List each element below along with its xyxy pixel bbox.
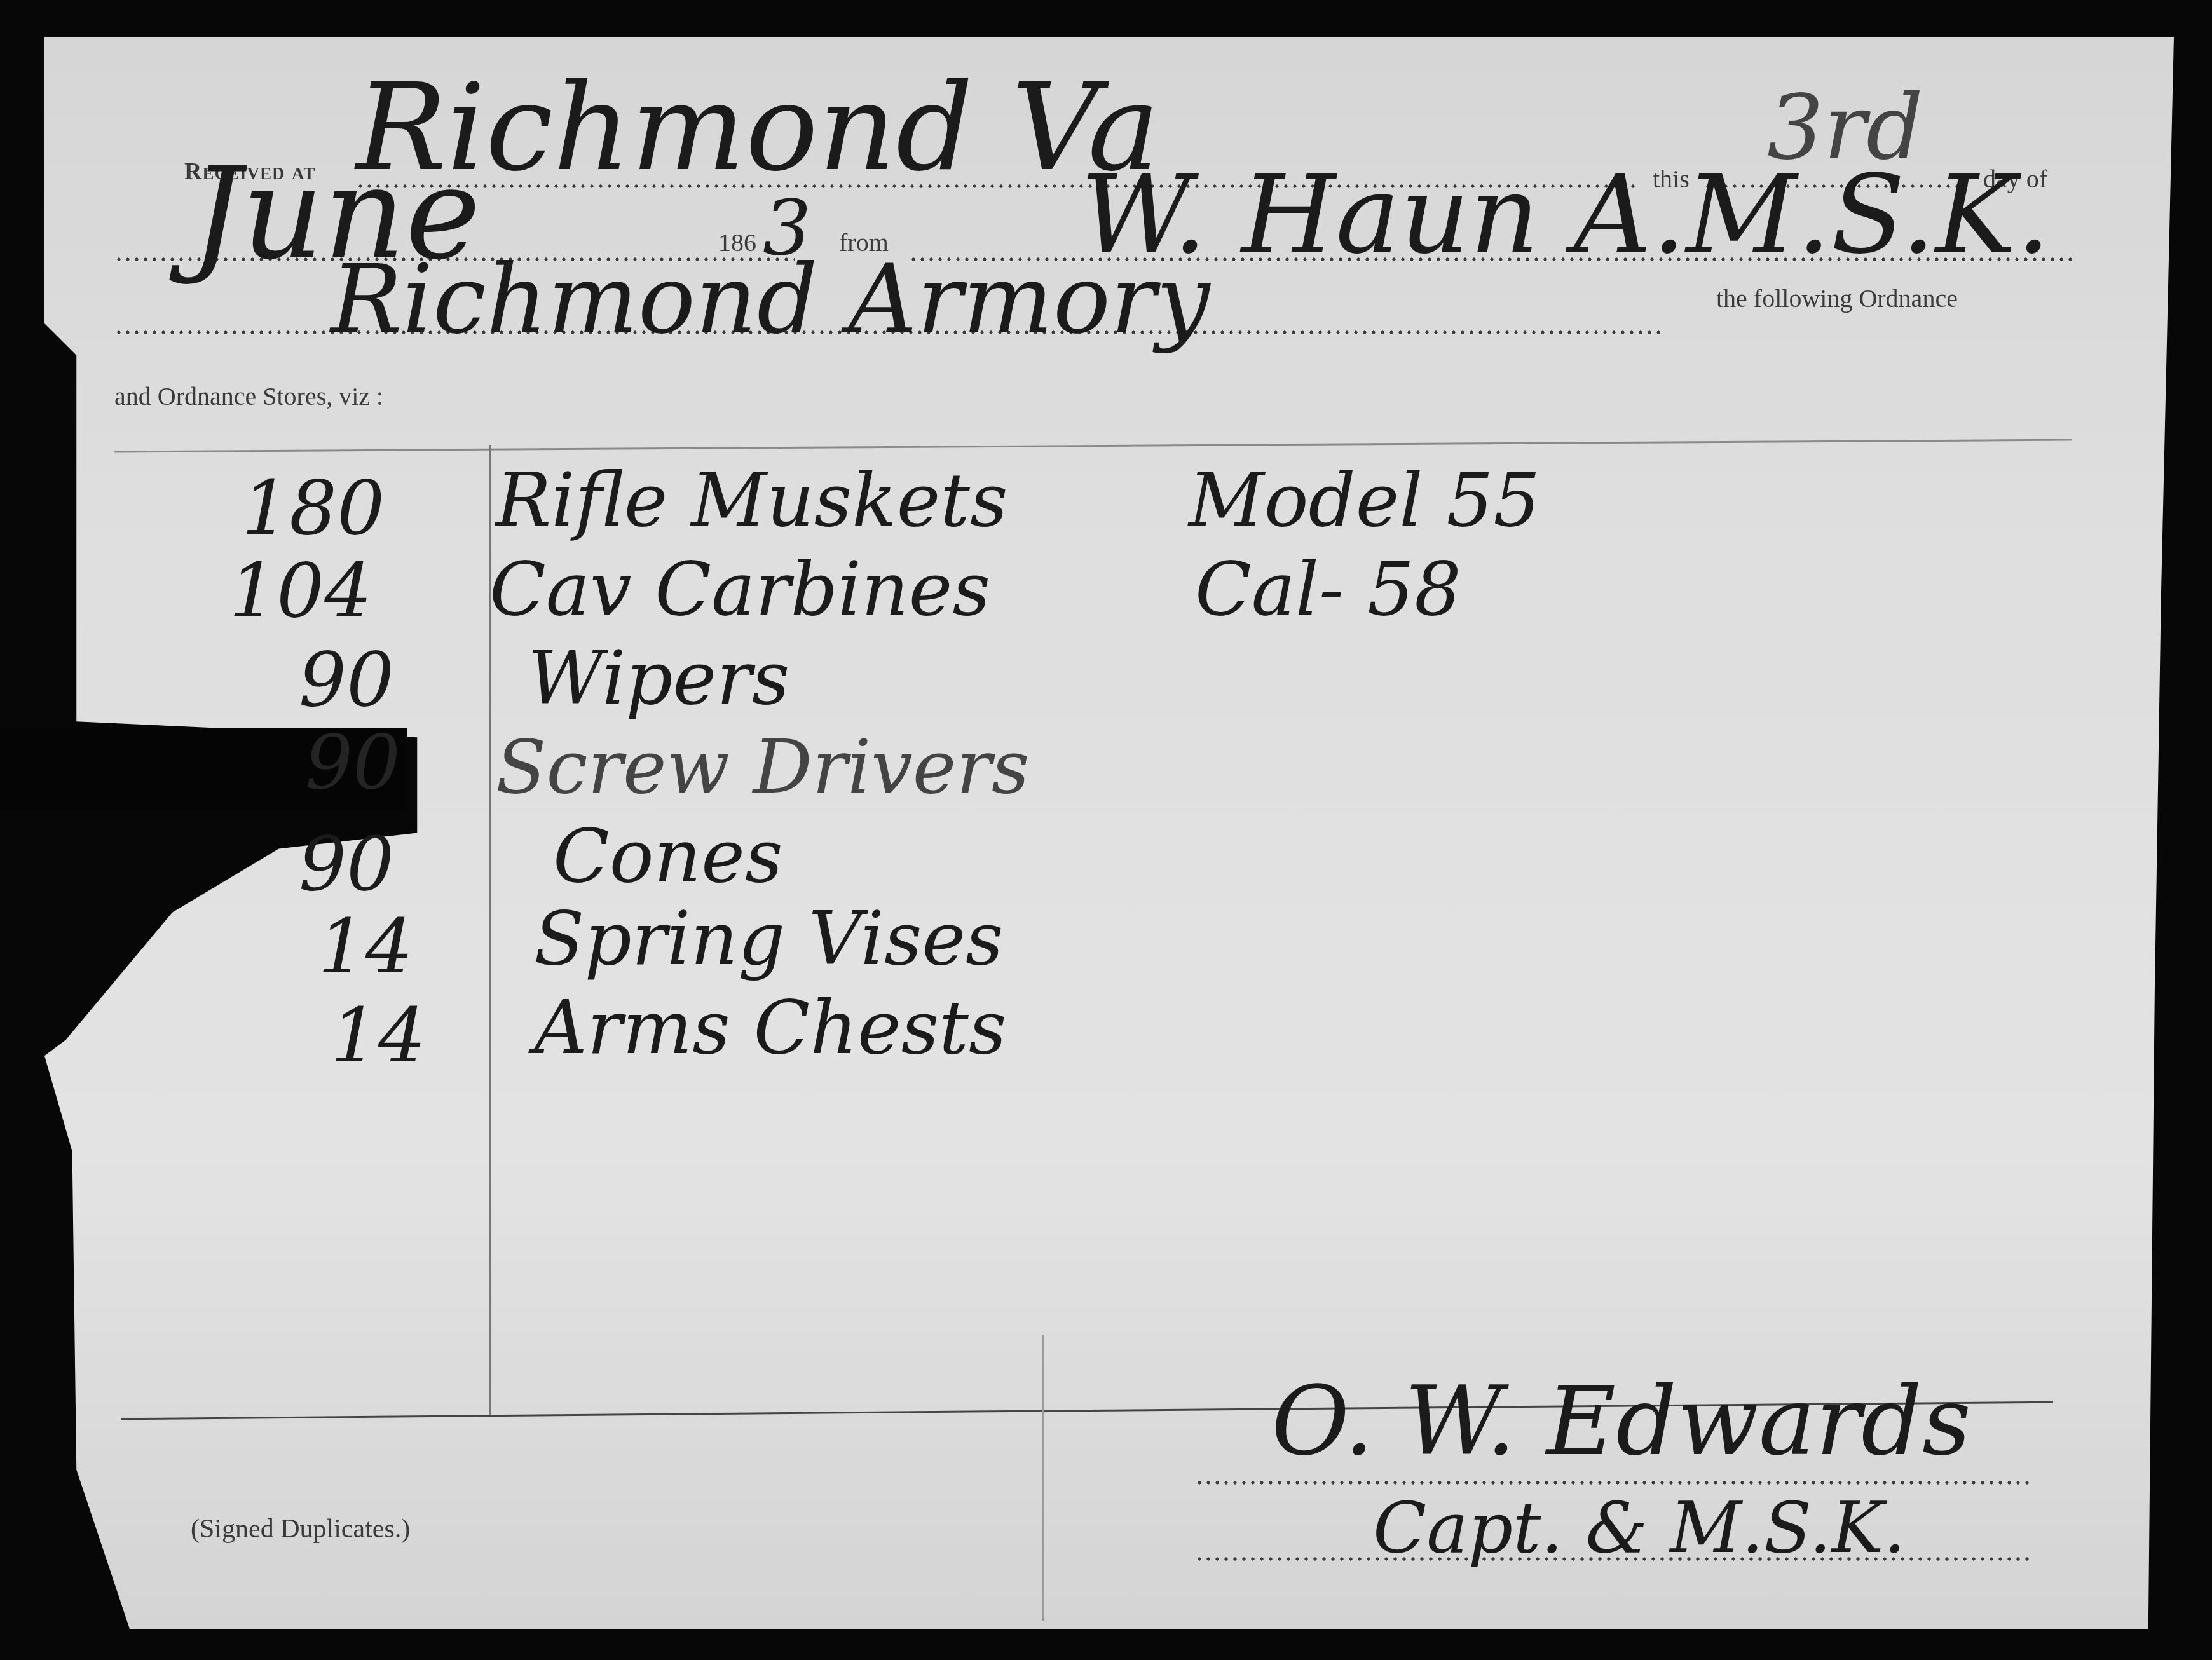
signature-title: Capt. & M.S.K.	[1373, 1487, 1906, 1568]
signature-line	[1195, 1481, 2034, 1485]
item-description: Wipers	[528, 636, 789, 721]
handwritten-from-place: Richmond Armory	[331, 245, 1210, 355]
item-description: Cones	[553, 813, 782, 899]
item-quantity: 14	[318, 902, 413, 990]
fold-crease	[1042, 1335, 1044, 1621]
handwritten-from-name: W. Haun A.M.S.K.	[1081, 153, 2051, 278]
item-description: Spring Vises	[534, 896, 1004, 982]
following-ordnance-label: the following Ordnance	[1716, 283, 1958, 313]
stores-label: and Ordnance Stores, viz :	[114, 381, 383, 411]
item-description: Rifle Muskets	[496, 458, 1007, 543]
signature-name: O. W. Edwards	[1271, 1366, 1971, 1477]
signed-duplicates-label: (Signed Duplicates.)	[191, 1514, 410, 1544]
item-quantity: 90	[299, 820, 394, 908]
item-quantity: 90	[305, 718, 400, 806]
item-quantity: 14	[331, 991, 426, 1079]
item-description: Screw Drivers	[496, 725, 1029, 810]
item-note: Cal- 58	[1195, 547, 1461, 632]
item-quantity: 90	[299, 636, 394, 723]
item-description: Cav Carbines	[489, 547, 990, 632]
item-quantity: 180	[242, 464, 385, 552]
item-quantity: 104	[229, 547, 372, 634]
item-note: Model 55	[1189, 458, 1540, 543]
item-description: Arms Chests	[534, 985, 1006, 1071]
